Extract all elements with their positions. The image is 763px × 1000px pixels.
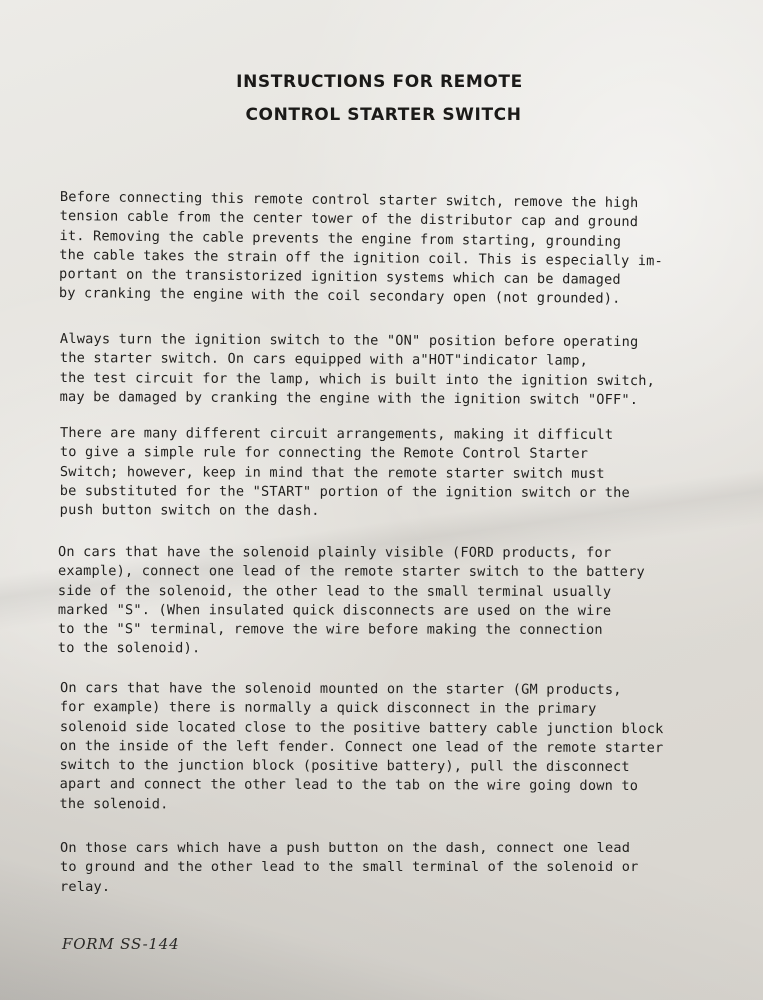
paragraph-line: On cars that have the solenoid plainly v… <box>58 543 698 563</box>
paragraph-line: side of the solenoid, the other lead to … <box>58 582 698 602</box>
paragraph-line: be substituted for the "START" portion o… <box>60 482 700 504</box>
paragraph-line: for example) there is normally a quick d… <box>60 698 700 720</box>
paragraph-ford-solenoid: On cars that have the solenoid plainly v… <box>58 543 698 660</box>
paragraph-line: There are many different circuit arrange… <box>60 424 700 446</box>
paragraph-remove-high-tension-cable: Before connecting this remote control st… <box>59 188 700 310</box>
paragraph-circuit-arrangements: There are many different circuit arrange… <box>60 424 700 523</box>
paragraph-gm-solenoid: On cars that have the solenoid mounted o… <box>60 679 700 816</box>
paragraph-line: example), connect one lead of the remote… <box>58 562 698 582</box>
paragraph-push-button: On those cars which have a push button o… <box>60 839 700 897</box>
paragraph-line: apart and connect the other lead to the … <box>60 775 700 797</box>
paragraph-line: relay. <box>60 878 700 897</box>
document-title-line-1: INSTRUCTIONS FOR REMOTE <box>0 72 761 92</box>
paragraph-line: to ground and the other lead to the smal… <box>60 858 700 877</box>
paragraph-line: On those cars which have a push button o… <box>60 839 700 858</box>
paragraph-line: may be damaged by cranking the engine wi… <box>60 388 700 411</box>
paragraph-line: On cars that have the solenoid mounted o… <box>60 679 700 701</box>
form-number: FORM SS-144 <box>62 935 179 953</box>
paragraph-line: marked "S". (When insulated quick discon… <box>58 601 698 621</box>
paragraph-line: on the inside of the left fender. Connec… <box>60 737 700 759</box>
paragraph-line: switch to the junction block (positive b… <box>60 756 700 778</box>
paragraph-ignition-on: Always turn the ignition switch to the "… <box>60 330 700 411</box>
paragraph-line: solenoid side located close to the posit… <box>60 718 700 740</box>
paragraph-line: to give a simple rule for connecting the… <box>60 443 700 465</box>
paragraph-line: push button switch on the dash. <box>60 501 700 523</box>
paragraph-line: Switch; however, keep in mind that the r… <box>60 463 700 485</box>
paragraph-line: the solenoid. <box>60 795 700 817</box>
paragraph-line: to the solenoid). <box>58 639 698 659</box>
paragraph-line: to the "S" terminal, remove the wire bef… <box>58 620 698 640</box>
document-page: INSTRUCTIONS FOR REMOTE CONTROL STARTER … <box>0 0 763 1000</box>
document-title-line-2: CONTROL STARTER SWITCH <box>2 105 763 125</box>
